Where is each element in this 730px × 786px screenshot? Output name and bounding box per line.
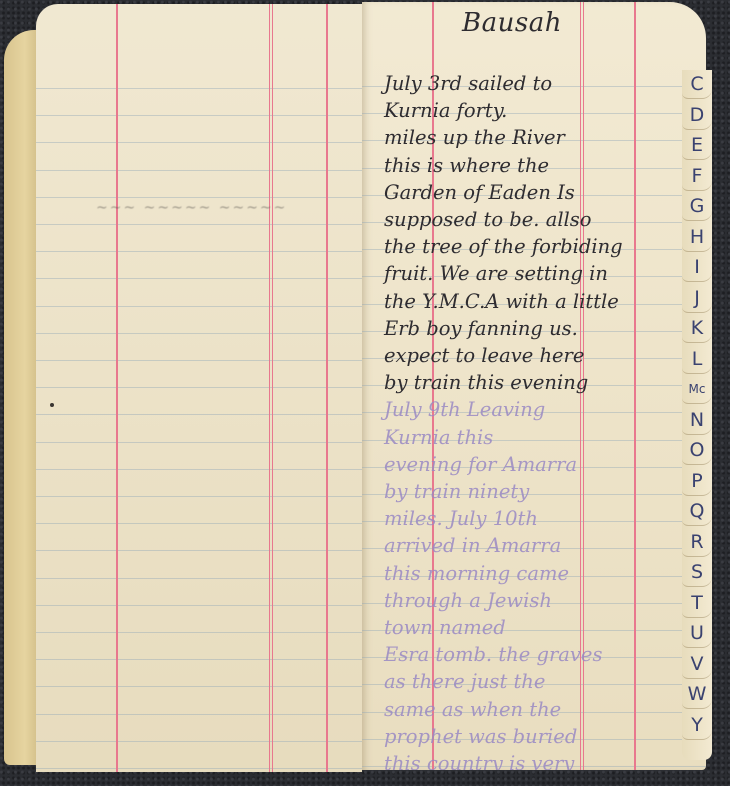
- ruled-line: [36, 659, 362, 660]
- ruled-line: [36, 387, 362, 388]
- ruled-line: [36, 333, 362, 334]
- ruled-line: [36, 115, 362, 116]
- ruled-line: [36, 224, 362, 225]
- diary-line: as there just the: [384, 668, 694, 695]
- diary-line: Esra tomb. the graves: [384, 641, 694, 668]
- faint-show-through-text: ~~~ ~~~~~ ~~~~~: [96, 200, 287, 216]
- diary-line: expect to leave here: [384, 342, 694, 369]
- ruled-line: [36, 741, 362, 742]
- index-tab-k[interactable]: K: [682, 314, 712, 343]
- diary-line: fruit. We are setting in: [384, 260, 694, 287]
- index-tab-c[interactable]: C: [682, 70, 712, 99]
- index-tab-v[interactable]: V: [682, 650, 712, 679]
- ruled-line: [36, 768, 362, 769]
- index-tab-l[interactable]: L: [682, 345, 712, 374]
- diary-line: supposed to be. allso: [384, 206, 694, 233]
- diary-line: by train ninety: [384, 478, 694, 505]
- diary-line: Garden of Eaden Is: [384, 179, 694, 206]
- ruled-line: [36, 170, 362, 171]
- diary-line: this morning came: [384, 560, 694, 587]
- index-tab-h[interactable]: H: [682, 223, 712, 252]
- ruled-line: [36, 197, 362, 198]
- index-tab-mc[interactable]: Mc: [682, 375, 712, 404]
- index-tab-d[interactable]: D: [682, 101, 712, 130]
- diary-line: the Y.M.C.A with a little: [384, 288, 694, 315]
- index-tab-f[interactable]: F: [682, 162, 712, 191]
- diary-line: same as when the: [384, 696, 694, 723]
- index-tab-g[interactable]: G: [682, 192, 712, 221]
- ink-spot: [50, 403, 54, 407]
- alphabet-index-tabs: CDEFGHIJKLMcNOPQRSTUVWY: [682, 70, 712, 760]
- ruled-line: [36, 686, 362, 687]
- diary-line: this is where the: [384, 152, 694, 179]
- index-tab-u[interactable]: U: [682, 619, 712, 648]
- diary-entries: July 3rd sailed toKurnia forty.miles up …: [384, 70, 694, 770]
- index-tab-y[interactable]: Y: [682, 711, 712, 740]
- diary-line: prophet was buried: [384, 723, 694, 750]
- ruled-line: [36, 469, 362, 470]
- ruled-line: [36, 88, 362, 89]
- left-page: ~~~ ~~~~~ ~~~~~: [36, 4, 362, 772]
- diary-line: this country is very: [384, 750, 694, 770]
- ruled-line: [36, 496, 362, 497]
- index-tab-t[interactable]: T: [682, 589, 712, 618]
- diary-line: Erb boy fanning us.: [384, 315, 694, 342]
- ruled-line: [36, 605, 362, 606]
- index-tab-i[interactable]: I: [682, 253, 712, 282]
- ruled-line: [36, 278, 362, 279]
- diary-line: evening for Amarra: [384, 451, 694, 478]
- index-tab-j[interactable]: J: [682, 284, 712, 313]
- ruled-line: [36, 550, 362, 551]
- diary-line: July 3rd sailed to: [384, 70, 694, 97]
- ruled-line: [36, 251, 362, 252]
- diary-line: arrived in Amarra: [384, 532, 694, 559]
- right-page: Bausah July 3rd sailed toKurnia forty.mi…: [362, 2, 706, 770]
- margin-line-double: [269, 4, 270, 772]
- ruled-line: [36, 632, 362, 633]
- diary-line: July 9th Leaving: [384, 396, 694, 423]
- index-tab-w[interactable]: W: [682, 680, 712, 709]
- diary-line: Kurnia forty.: [384, 97, 694, 124]
- ruled-line: [36, 523, 362, 524]
- diary-line: Kurnia this: [384, 424, 694, 451]
- diary-line: miles. July 10th: [384, 505, 694, 532]
- ruled-line: [36, 142, 362, 143]
- index-tab-r[interactable]: R: [682, 528, 712, 557]
- index-tab-e[interactable]: E: [682, 131, 712, 160]
- ruled-line: [36, 360, 362, 361]
- diary-line: miles up the River: [384, 124, 694, 151]
- index-tab-s[interactable]: S: [682, 558, 712, 587]
- margin-line: [326, 4, 328, 772]
- diary-line: the tree of the forbiding: [384, 233, 694, 260]
- index-tab-o[interactable]: O: [682, 436, 712, 465]
- ruled-line: [36, 414, 362, 415]
- ruled-line: [36, 578, 362, 579]
- ruled-line: [36, 714, 362, 715]
- index-tab-q[interactable]: Q: [682, 497, 712, 526]
- margin-line: [116, 4, 118, 772]
- index-tab-p[interactable]: P: [682, 467, 712, 496]
- index-tab-n[interactable]: N: [682, 406, 712, 435]
- ruled-line: [36, 306, 362, 307]
- page-heading: Bausah: [462, 8, 562, 38]
- diary-line: through a Jewish: [384, 587, 694, 614]
- diary-line: by train this evening: [384, 369, 694, 396]
- ruled-line: [36, 442, 362, 443]
- diary-line: town named: [384, 614, 694, 641]
